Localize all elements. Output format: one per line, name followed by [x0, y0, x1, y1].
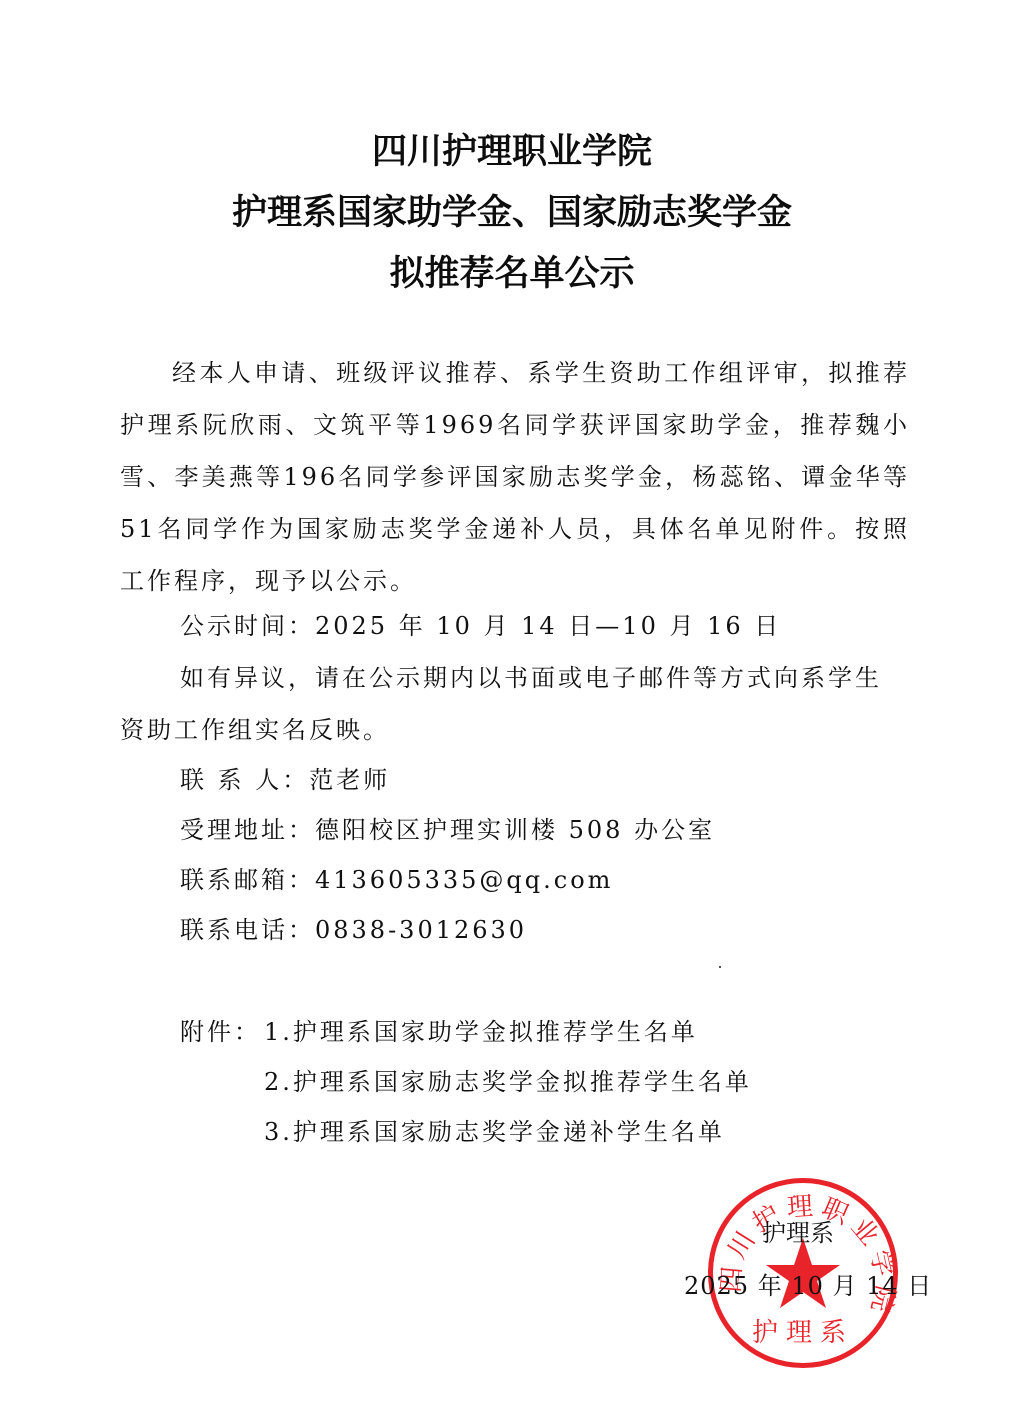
- scan-speck: [719, 966, 721, 968]
- signature-date: 2025 年 10 月 14 日: [684, 1266, 932, 1301]
- attachments-label: 附件：: [180, 1012, 261, 1047]
- objection-line-1: 如有异议，请在公示期内以书面或电子邮件等方式向系学生: [180, 658, 882, 693]
- document-title: 四川护理职业学院 护理系国家助学金、国家励志奖学金 拟推荐名单公示: [0, 122, 1024, 305]
- svg-text:护理系: 护理系: [752, 1318, 854, 1348]
- office-address: 受理地址：德阳校区护理实训楼 508 办公室: [180, 810, 715, 845]
- publicity-period: 公示时间：2025 年 10 月 14 日—10 月 16 日: [180, 606, 781, 641]
- attachment-item-2: 2.护理系国家励志奖学金拟推荐学生名单: [264, 1062, 752, 1097]
- title-line-subject: 护理系国家助学金、国家励志奖学金: [0, 183, 1024, 244]
- title-line-institution: 四川护理职业学院: [0, 122, 1024, 183]
- contact-person: 联 系 人：范老师: [180, 760, 390, 795]
- attachment-item-3: 3.护理系国家励志奖学金递补学生名单: [264, 1112, 725, 1147]
- title-line-notice: 拟推荐名单公示: [0, 244, 1024, 305]
- objection-line-2: 资助工作组实名反映。: [120, 710, 390, 745]
- attachment-item-1: 1.护理系国家助学金拟推荐学生名单: [264, 1012, 698, 1047]
- contact-phone: 联系电话：0838-3012630: [180, 910, 527, 945]
- contact-email: 联系邮箱：413605335@qq.com: [180, 860, 613, 895]
- signature-department: 护理系: [762, 1213, 834, 1248]
- body-paragraph: 经本人申请、班级评议推荐、系学生资助工作组评审，拟推荐护理系阮欣雨、文筑平等19…: [120, 347, 910, 607]
